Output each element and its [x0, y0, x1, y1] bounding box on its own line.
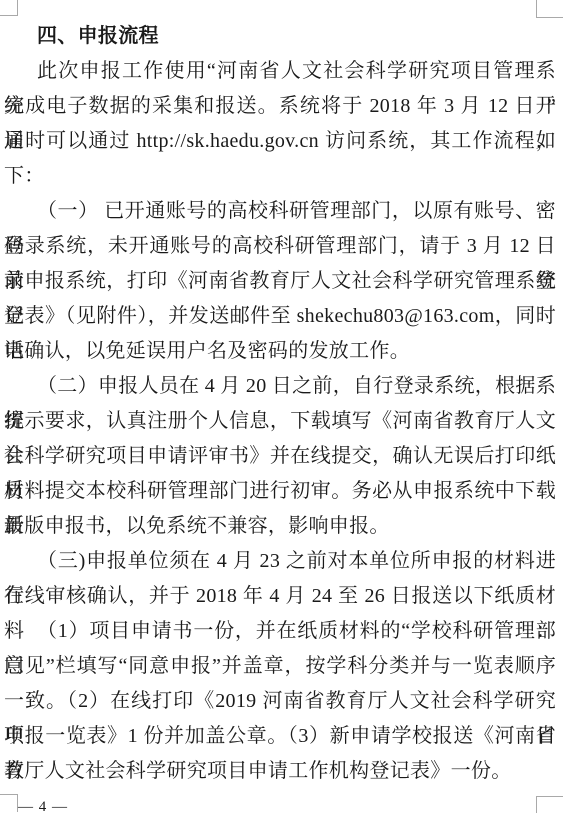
- text-line: 登录系统，未开通账号的高校科研管理部门，请于 3 月 12 日前登: [4, 229, 556, 264]
- section-heading: 四、申报流程: [4, 19, 556, 54]
- text-line: 意见”栏填写“同意申报”并盖章，按学科分类并与一览表顺序: [4, 649, 556, 684]
- text-line: 材料提交本校科研管理部门进行初审。务必从申报系统中下载最: [4, 474, 556, 509]
- text-line: 育厅人文社会科学研究项目申请工作机构登记表》一份。: [4, 754, 556, 789]
- text-line: 申报一览表》1 份并加盖公章。（3）新申请学校报送《河南省教: [4, 719, 556, 754]
- text-line: 完成电子数据的采集和报送。系统将于 2018 年 3 月 12 日开通，: [4, 89, 556, 124]
- document-body: 四、申报流程此次申报工作使用“河南省人文社会科学研究项目管理系统”完成电子数据的…: [4, 19, 556, 789]
- text-line: 提示要求，认真注册个人信息，下载填写《河南省教育厅人文社: [4, 404, 556, 439]
- text-line: （三)申报单位须在 4 月 23 之前对本单位所申报的材料进行: [4, 544, 556, 579]
- text-line: 新版申报书，以免系统不兼容，影响申报。: [4, 509, 556, 544]
- text-line: 一致。（2）在线打印《2019 河南省教育厅人文社会科学研究项目: [4, 684, 556, 719]
- page-number: — 4 —: [18, 799, 68, 816]
- text-line: 话确认，以免延误用户名及密码的发放工作。: [4, 334, 556, 369]
- document-page: 四、申报流程此次申报工作使用“河南省人文社会科学研究项目管理系统”完成电子数据的…: [0, 0, 563, 830]
- crop-mark-bottom-left: [0, 794, 18, 812]
- crop-mark-bottom-right: [536, 796, 563, 813]
- text-line: （1）项目申请书一份，并在纸质材料的“学校科研管理部门: [4, 614, 556, 649]
- text-line: （一） 已开通账号的高校科研管理部门，以原有账号、密码: [4, 194, 556, 229]
- text-line: 此次申报工作使用“河南省人文社会科学研究项目管理系统”: [4, 54, 556, 89]
- text-line: 在线审核确认，并于 2018 年 4 月 24 至 26 日报送以下纸质材料：: [4, 579, 556, 614]
- text-line: 会科学研究项目申请评审书》并在线提交，确认无误后打印纸质: [4, 439, 556, 474]
- text-line: 下：: [4, 159, 556, 194]
- text-line: 届时可以通过 http://sk.haedu.gov.cn 访问系统，其工作流程…: [4, 124, 556, 159]
- text-line: 录申报系统，打印《河南省教育厅人文社会科学研究管理系统登: [4, 264, 556, 299]
- text-line: （二）申报人员在 4 月 20 日之前，自行登录系统，根据系统: [4, 369, 556, 404]
- crop-mark-top-left: [0, 0, 18, 16]
- text-line: 记表》（见附件），并发送邮件至 shekechu803@163.com，同时电: [4, 299, 556, 334]
- crop-mark-top-right: [536, 0, 563, 18]
